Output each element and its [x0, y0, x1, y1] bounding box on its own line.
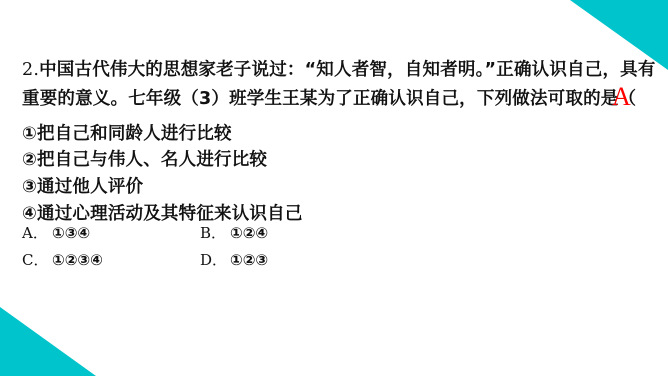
option-a-value: ①③④ [52, 224, 90, 242]
question-line-1: 2.中国古代伟大的思想家老子说过：“知人者智，自知者明。”正确认识自己，具有 [22, 56, 656, 81]
question-number: 2. [22, 60, 39, 80]
question-text-1: 中国古代伟大的思想家老子说过：“知人者智，自知者明。”正确认识自己，具有 [39, 60, 655, 80]
option-b[interactable]: B．①②④ [200, 222, 268, 243]
option-a-label: A． [22, 222, 52, 243]
option-b-label: B． [200, 222, 230, 243]
option-d[interactable]: D．①②③ [200, 249, 268, 270]
statement-3: ③通过他人评价 [22, 173, 143, 198]
option-c-value: ①②③④ [52, 251, 103, 269]
answer-mark: A [612, 82, 631, 112]
option-c-label: C． [22, 249, 52, 270]
option-b-value: ①②④ [230, 224, 268, 242]
option-c[interactable]: C．①②③④ [22, 249, 103, 270]
question-line-2: 重要的意义。七年级（3）班学生王某为了正确认识自己，下列做法可取的是（） [22, 85, 668, 110]
decor-triangle-bottom-left [0, 307, 96, 376]
question-text-2: 重要的意义。七年级（3）班学生王某为了正确认识自己，下列做法可取的是（ [22, 89, 636, 109]
option-d-value: ①②③ [230, 251, 268, 269]
statement-1: ①把自己和同龄人进行比较 [22, 120, 232, 145]
statement-2: ②把自己与伟人、名人进行比较 [22, 146, 267, 171]
option-a[interactable]: A．①③④ [22, 222, 90, 243]
option-d-label: D． [200, 249, 230, 270]
